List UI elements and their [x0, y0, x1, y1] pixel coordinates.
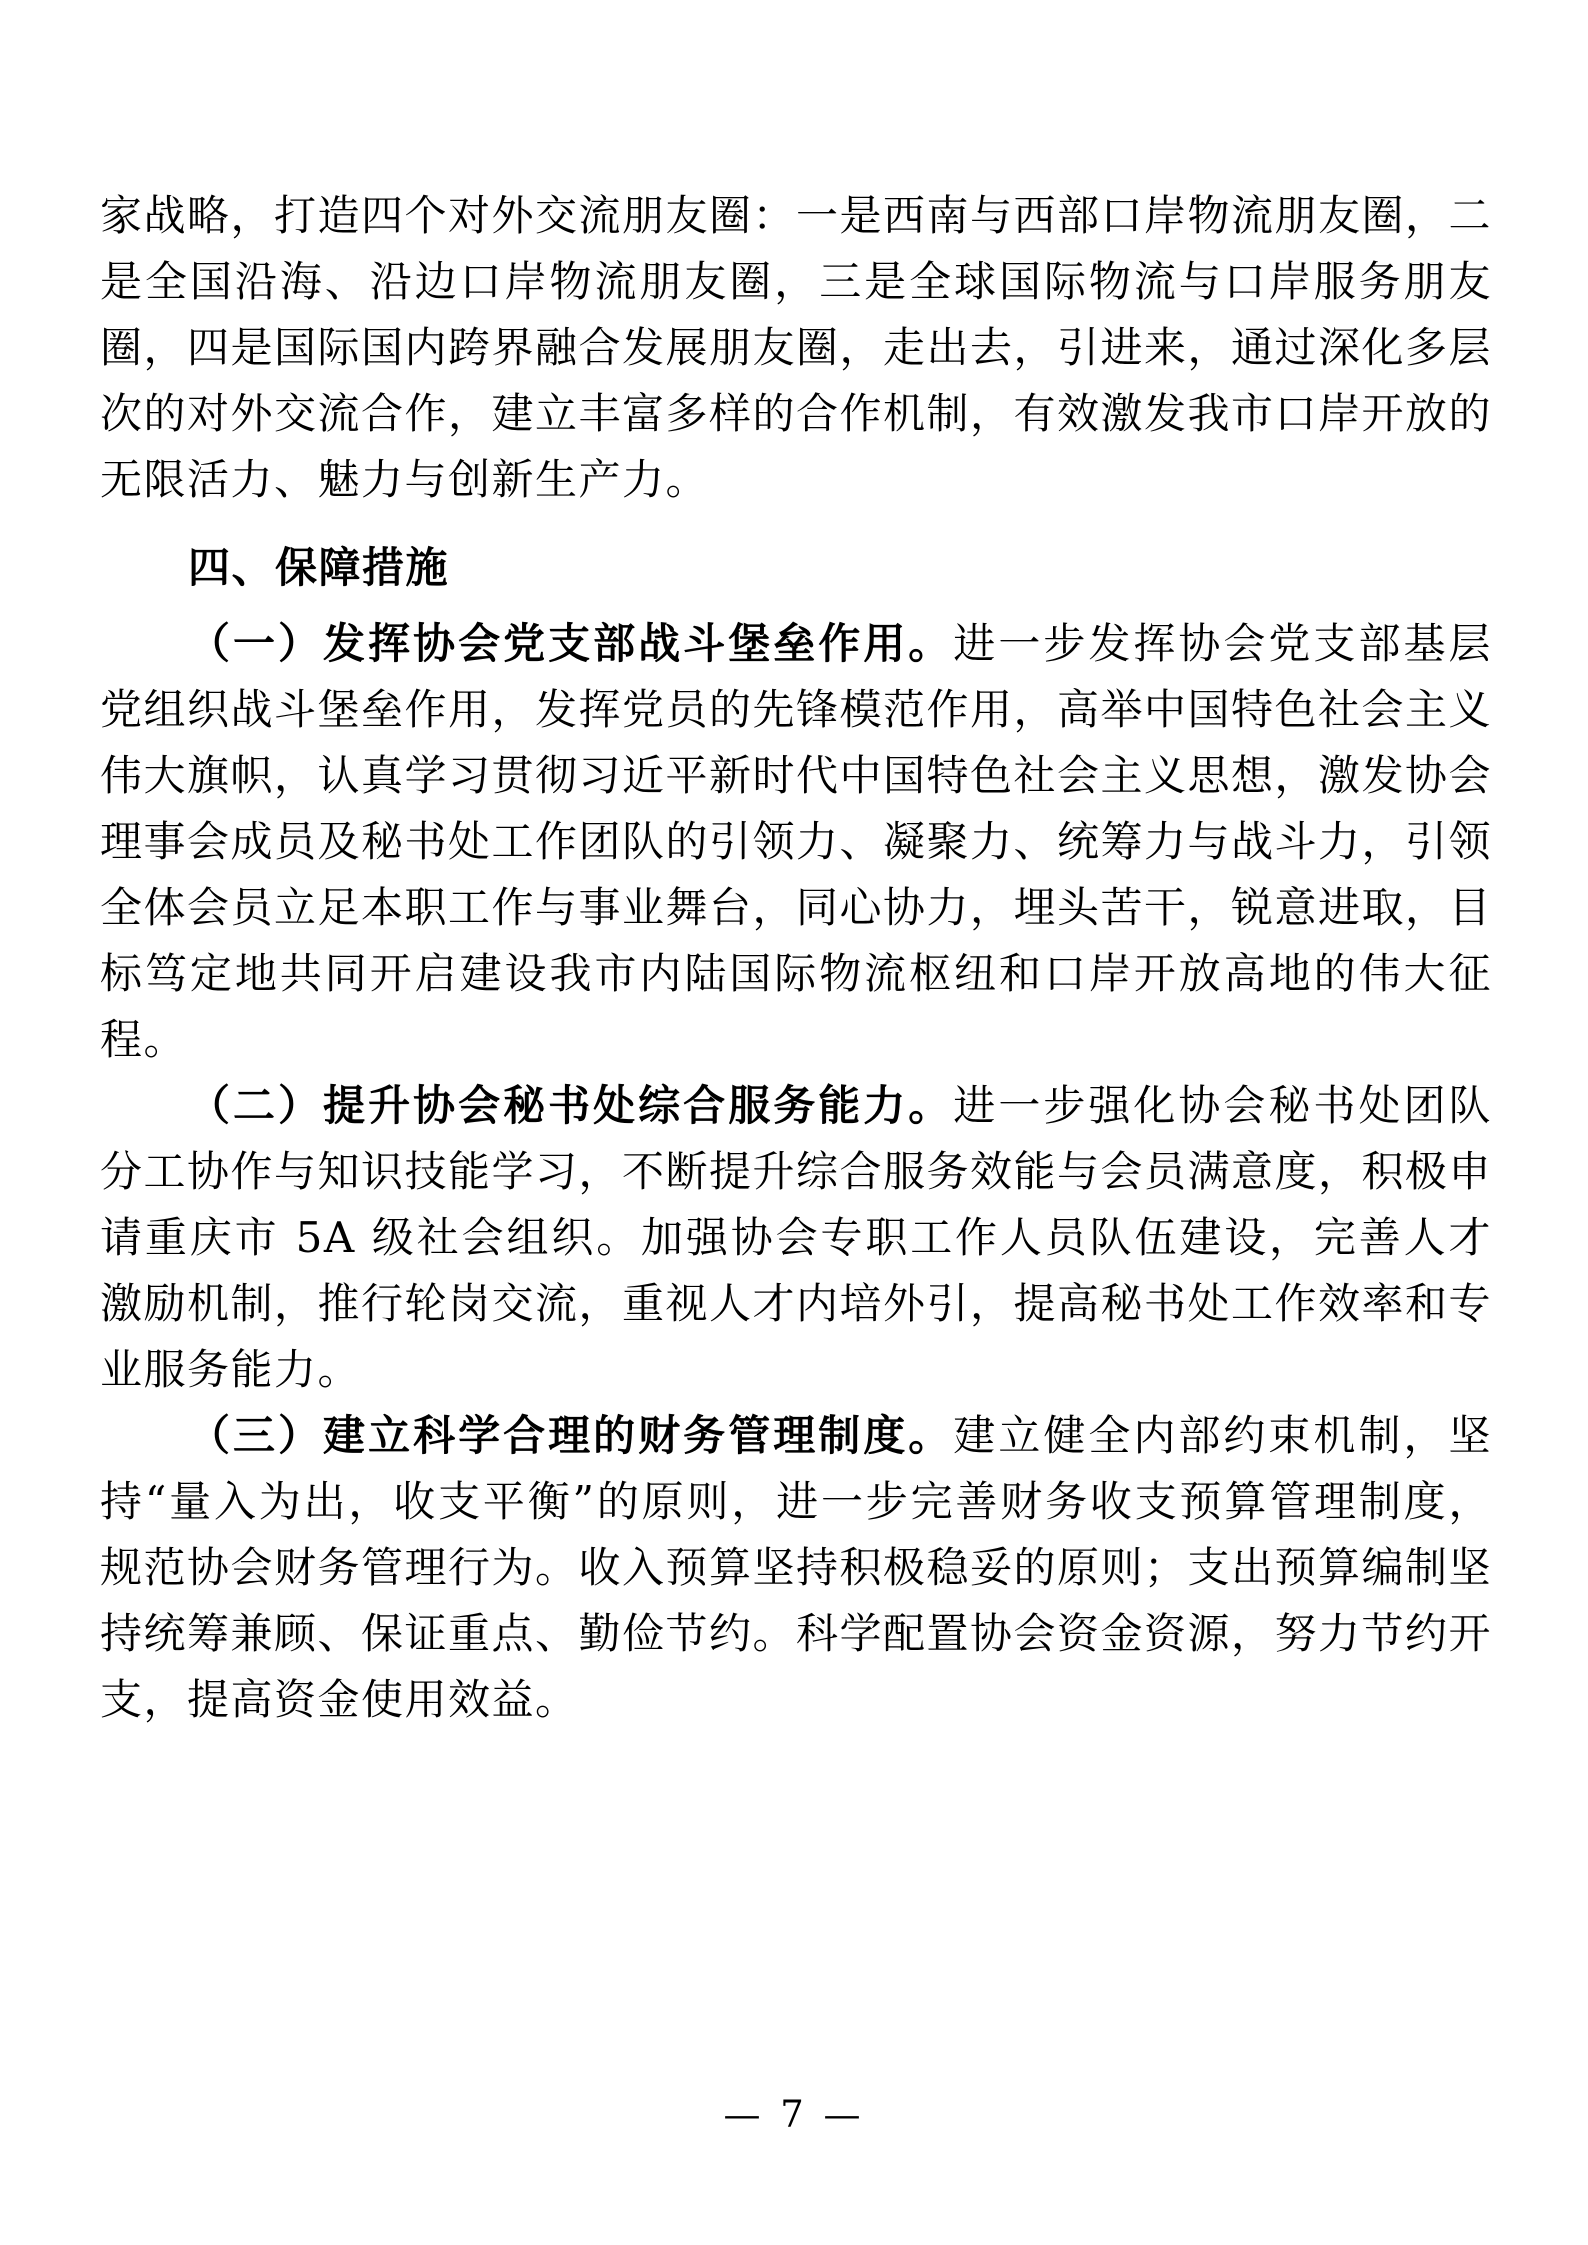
item-body: 进一步发挥协会党支部基层党组织战斗堡垒作用，发挥党员的先锋模范作用，高举中国特色…: [100, 619, 1492, 1064]
page-number: — 7 —: [0, 2093, 1588, 2137]
document-body: 家战略，打造四个对外交流朋友圈：一是西南与西部口岸物流朋友圈，二是全国沿海、沿边…: [100, 183, 1492, 1733]
item-lead: （二）提升协会秘书处综合服务能力。: [188, 1081, 953, 1130]
list-item: （三）建立科学合理的财务管理制度。建立健全内部约束机制，坚持“量入为出，收支平衡…: [100, 1403, 1492, 1733]
section-heading: 四、保障措施: [100, 535, 1492, 601]
item-lead: （三）建立科学合理的财务管理制度。: [188, 1411, 953, 1460]
list-item: （一）发挥协会党支部战斗堡垒作用。进一步发挥协会党支部基层党组织战斗堡垒作用，发…: [100, 611, 1492, 1073]
item-lead: （一）发挥协会党支部战斗堡垒作用。: [188, 619, 953, 668]
list-item: （二）提升协会秘书处综合服务能力。进一步强化协会秘书处团队分工协作与知识技能学习…: [100, 1073, 1492, 1403]
document-page: 家战略，打造四个对外交流朋友圈：一是西南与西部口岸物流朋友圈，二是全国沿海、沿边…: [0, 0, 1588, 2245]
intro-paragraph: 家战略，打造四个对外交流朋友圈：一是西南与西部口岸物流朋友圈，二是全国沿海、沿边…: [100, 183, 1492, 513]
